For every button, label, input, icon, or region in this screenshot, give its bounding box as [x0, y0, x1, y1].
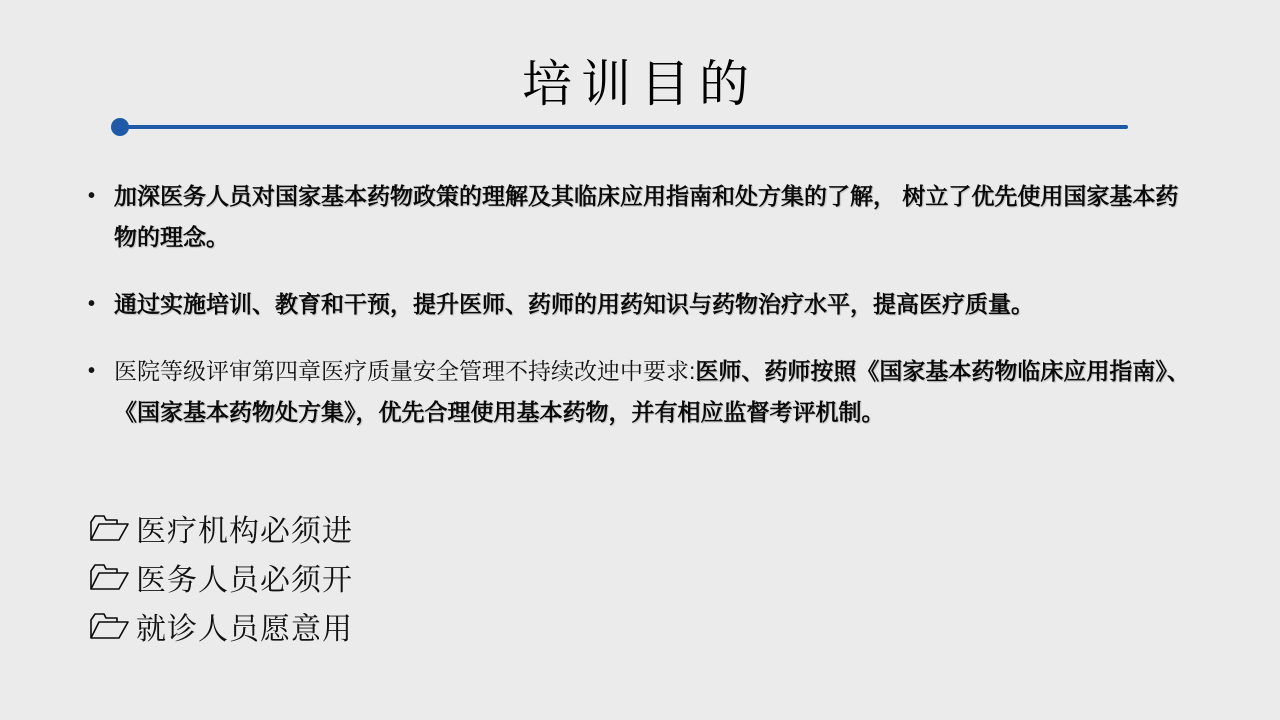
- bullet-marker-icon: •: [88, 176, 114, 217]
- bullet-item-3: • 医院等级评审第四章医疗质量安全管理不持续改迚中要求:医师、药师按照《国家基本…: [88, 351, 1193, 433]
- bullet-list: • 加深医务人员对国家基本药物政策的理解及其临床应用指南和处方集的了解， 树立了…: [88, 176, 1193, 459]
- bullet-3-regular-text: 医院等级评审第四章医疗质量安全管理不持续改迚中要求:: [114, 358, 695, 384]
- bullet-text-1: 加深医务人员对国家基本药物政策的理解及其临床应用指南和处方集的了解， 树立了优先…: [114, 176, 1193, 258]
- open-folder-icon: [88, 513, 130, 543]
- page-title: 培训目的: [0, 44, 1280, 116]
- folder-item-label: 医务人员必须开: [136, 555, 353, 599]
- bullet-item-2: • 通过实施培训、教育和干预，提升医师、药师的用药知识与药物治疗水平，提高医疗质…: [88, 284, 1193, 325]
- open-folder-icon: [88, 562, 130, 592]
- folder-item-3: 就诊人员愿意用: [88, 601, 353, 650]
- bullet-marker-icon: •: [88, 284, 114, 325]
- bullet-marker-icon: •: [88, 351, 114, 392]
- folder-item-label: 就诊人员愿意用: [136, 604, 353, 648]
- folder-item-label: 医疗机构必须进: [136, 506, 353, 550]
- bullet-1-bold-text: 加深医务人员对国家基本药物政策的理解及其临床应用指南和处方集的了解， 树立了优先…: [114, 183, 1178, 250]
- open-folder-icon: [88, 611, 130, 641]
- bullet-item-1: • 加深医务人员对国家基本药物政策的理解及其临床应用指南和处方集的了解， 树立了…: [88, 176, 1193, 258]
- title-underline-rule: [118, 125, 1128, 129]
- bullet-text-3: 医院等级评审第四章医疗质量安全管理不持续改迚中要求:医师、药师按照《国家基本药物…: [114, 351, 1193, 433]
- bullet-2-bold-text: 通过实施培训、教育和干预，提升医师、药师的用药知识与药物治疗水平，提高医疗质量。: [114, 291, 1034, 317]
- underline-dot: [111, 118, 129, 136]
- folder-item-2: 医务人员必须开: [88, 552, 353, 601]
- bullet-text-2: 通过实施培训、教育和干预，提升医师、药师的用药知识与药物治疗水平，提高医疗质量。: [114, 284, 1034, 325]
- folder-item-1: 医疗机构必须进: [88, 503, 353, 552]
- presentation-slide: 培训目的 • 加深医务人员对国家基本药物政策的理解及其临床应用指南和处方集的了解…: [0, 0, 1280, 720]
- folder-list: 医疗机构必须进 医务人员必须开 就诊人员愿意用: [88, 503, 353, 650]
